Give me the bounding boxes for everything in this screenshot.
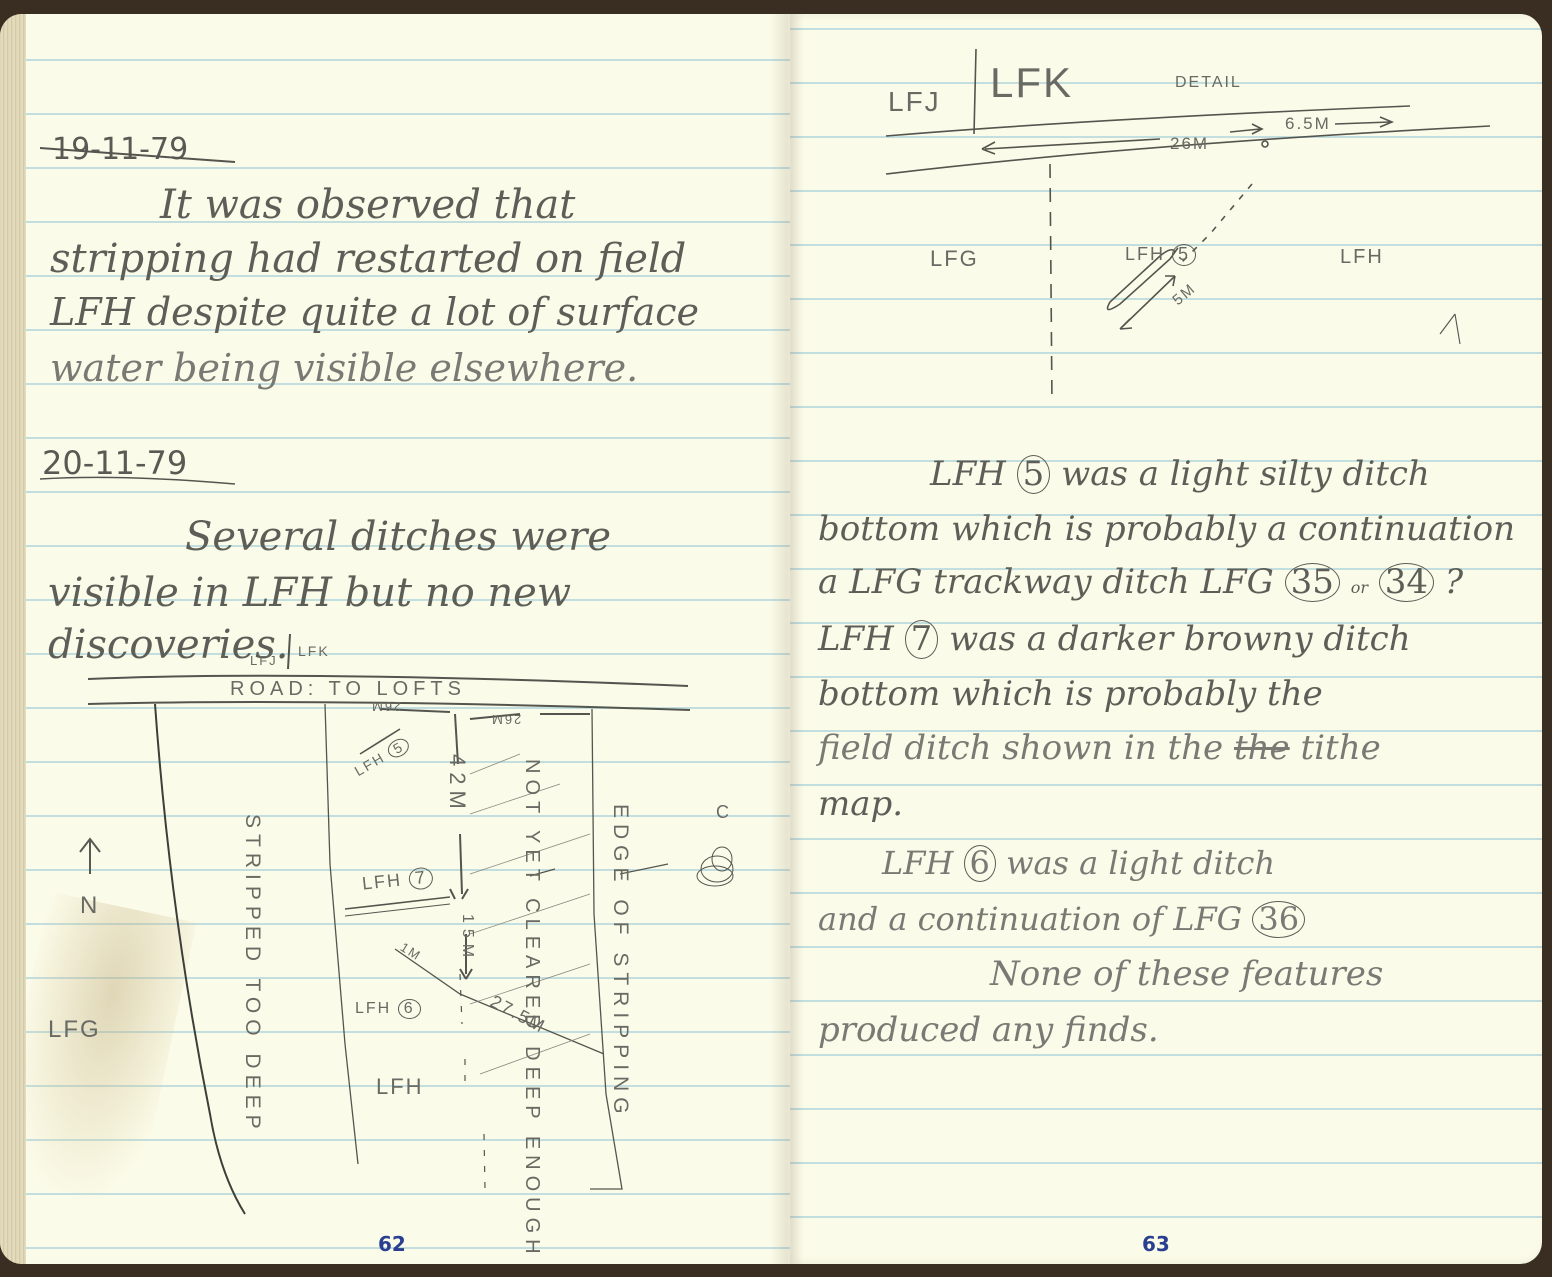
feature-number-circle: 35 bbox=[1285, 563, 1340, 602]
detail-title: DETAIL bbox=[1175, 74, 1242, 92]
left-notebook-page: 19-11-79 It was observed that stripping … bbox=[0, 14, 790, 1264]
para-3-line-1: LFH 6 was a light ditch bbox=[882, 844, 1275, 882]
para-1-line-3: a LFG trackway ditch LFG 35 or 34 ? bbox=[818, 562, 1463, 602]
feature-number-circle: 6 bbox=[398, 999, 421, 1019]
road-label: ROAD: TO LOFTS bbox=[230, 678, 466, 701]
margin-mark: C bbox=[716, 802, 731, 823]
not-yet-cleared-label: NOT YET CLEARED DEEP ENOUGH bbox=[520, 759, 543, 1260]
page-edge-stack bbox=[0, 14, 26, 1264]
measure-15m: 15M bbox=[458, 914, 476, 963]
feature-lfh-6-label: LFH 6 bbox=[355, 999, 421, 1019]
sketch-lfj-label: LFJ bbox=[250, 653, 278, 668]
detail-field-lfg: LFG bbox=[930, 246, 979, 272]
para-2-line-1: LFH 7 was a darker browny ditch bbox=[818, 619, 1411, 659]
feature-number-circle: 36 bbox=[1252, 901, 1305, 938]
feature-number-circle: 7 bbox=[408, 866, 434, 890]
para-2-line-4: map. bbox=[818, 784, 903, 824]
detail-measure-6-5m: 6.5M bbox=[1285, 114, 1331, 134]
detail-measure-26m: 26M bbox=[1170, 134, 1209, 154]
stripped-too-deep-label: STRIPPED TOO DEEP bbox=[240, 814, 264, 1135]
page-number-left: 62 bbox=[378, 1232, 406, 1256]
field-lfg-label: LFG bbox=[48, 1016, 101, 1044]
para-4-line-2: produced any finds. bbox=[818, 1010, 1159, 1050]
north-label: N bbox=[80, 892, 99, 920]
feature-number-circle: 7 bbox=[905, 620, 939, 659]
right-notebook-page: LFJ LFK DETAIL 26M 6.5M 5M LFG LFH LFH 5… bbox=[790, 14, 1542, 1264]
page-number-right: 63 bbox=[1142, 1232, 1170, 1256]
feature-number-circle: 5 bbox=[1017, 455, 1051, 494]
struck-word: the bbox=[1234, 728, 1290, 768]
para-2-line-3: field ditch shown in the the tithe bbox=[818, 728, 1381, 768]
detail-lfk-label: LFK bbox=[990, 59, 1073, 107]
detail-lfj-label: LFJ bbox=[888, 86, 941, 118]
detail-feature-label: LFH 5 bbox=[1125, 244, 1196, 266]
para-4-line-1: None of these features bbox=[990, 954, 1383, 994]
detail-field-lfh: LFH bbox=[1340, 246, 1384, 269]
field-lfh-label: LFH bbox=[376, 1074, 424, 1100]
feature-number-circle: 6 bbox=[964, 845, 996, 882]
para-3-line-2: and a continuation of LFG 36 bbox=[818, 900, 1305, 938]
measure-42m: 42M bbox=[444, 754, 470, 815]
feature-number-circle: 5 bbox=[1172, 244, 1196, 266]
feature-number-circle: 34 bbox=[1379, 563, 1434, 602]
measure-26m-right: 26M bbox=[490, 712, 521, 727]
para-1-line-2: bottom which is probably a continuation bbox=[818, 509, 1515, 549]
para-2-line-2: bottom which is probably the bbox=[818, 674, 1323, 714]
sketch-lfk-label: LFK bbox=[298, 643, 330, 659]
notebook-gutter bbox=[770, 14, 804, 1264]
measure-26m-left: 26M bbox=[370, 699, 401, 714]
para-1-line-1: LFH 5 was a light silty ditch bbox=[930, 454, 1430, 494]
edge-of-stripping-label: EDGE OF STRIPPING bbox=[608, 804, 632, 1120]
